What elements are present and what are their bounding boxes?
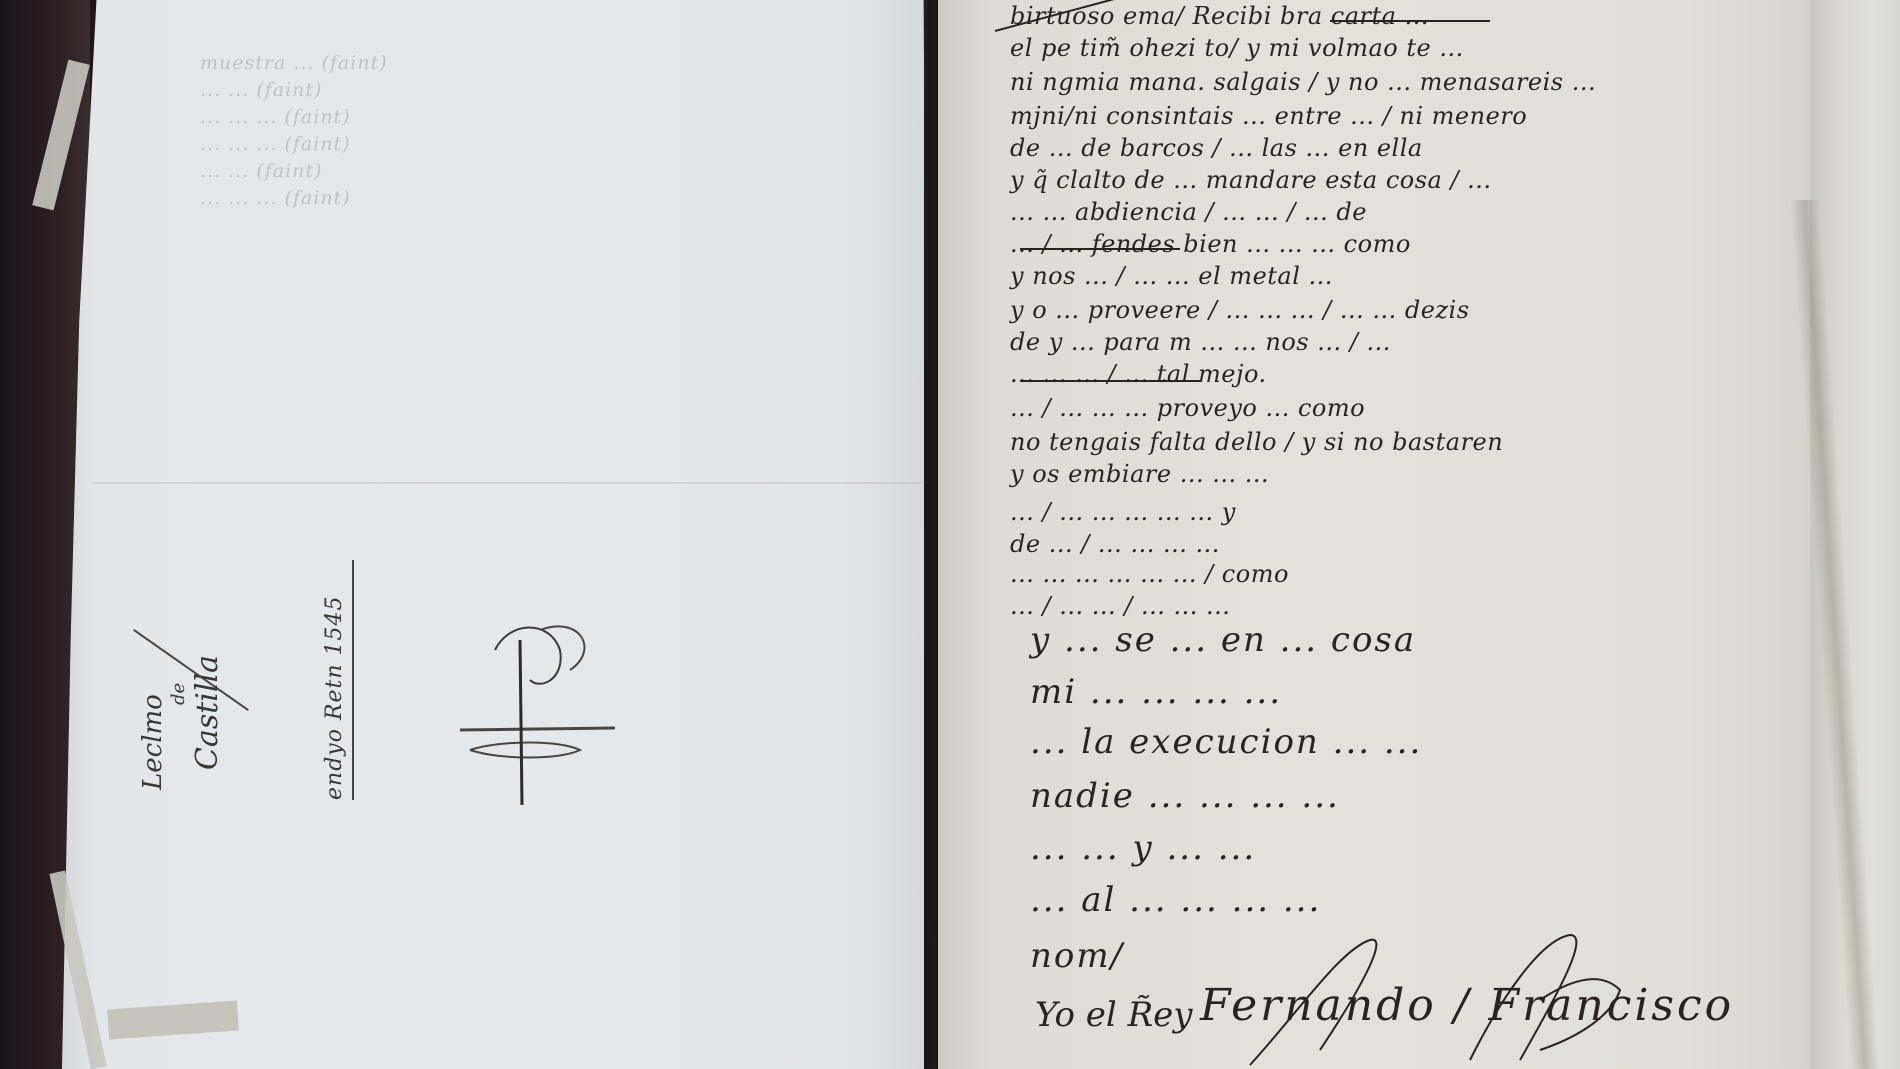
manuscript-photo: muestra ... (faint) ... ... (faint) ... … [0, 0, 1900, 1069]
ink-stroke [1020, 248, 1180, 250]
endorsement-date: endyo Retn 1545 [322, 595, 347, 800]
ms-line-large: mi ... ... ... ... [1030, 672, 1282, 712]
ms-line: ... ... ... ... ... ... / como [1010, 560, 1289, 588]
ms-line: de ... de barcos / ... las ... en ella [1010, 134, 1423, 162]
ms-line: el pe tim̃ ohezi to/ y mi volmao te ... [1010, 34, 1464, 62]
ms-line: no tengais falta dello / y si no bastare… [1010, 428, 1503, 456]
bleed-line: ... ... (faint) [200, 77, 860, 104]
ms-line: de ... / ... ... ... ... [1010, 530, 1220, 558]
ms-line: ... ... abdiencia / ... ... / ... de [1010, 198, 1367, 226]
ink-stroke [1330, 20, 1490, 22]
bleed-line: ... ... (faint) [200, 158, 860, 185]
bleed-line: ... ... ... (faint) [200, 131, 860, 158]
closing-yo-el-rey: Yo el R̃ey [1035, 995, 1193, 1035]
ms-line: de y ... para m ... ... nos ... / ... [1010, 328, 1391, 356]
bleed-line: ... ... ... (faint) [200, 185, 860, 212]
ms-line: ... / ... ... ... ... ... y [1010, 498, 1236, 526]
ms-line: birtuoso ema/ Recibi bra carta ... [1010, 2, 1429, 30]
bleed-through-text: muestra ... (faint) ... ... (faint) ... … [200, 50, 860, 212]
signature-flourish-icon [1240, 930, 1640, 1069]
ms-line: y os embiare ... ... ... [1010, 460, 1269, 488]
ms-line-large: ... la execucion ... ... [1030, 722, 1422, 762]
ink-stroke [1020, 380, 1200, 382]
ms-line: y o ... proveere / ... ... ... / ... ...… [1010, 296, 1470, 324]
ms-line: mjni/ni consintais ... entre ... / ni me… [1010, 102, 1527, 130]
ms-line-large: nadie ... ... ... ... [1030, 776, 1340, 816]
ms-line-large: ... ... y ... ... [1030, 828, 1256, 868]
ms-line: ... / ... ... ... proveyo ... como [1010, 394, 1365, 422]
ms-line-large: ... al ... ... ... ... [1030, 880, 1321, 920]
bleed-line: ... ... ... (faint) [200, 104, 860, 131]
ms-line-large: y ... se ... en ... cosa [1030, 620, 1416, 660]
ms-line-large: nom/ [1030, 936, 1124, 976]
ms-line: y q̃ clalto de ... mandare esta cosa / .… [1010, 166, 1492, 194]
ms-line: ... / ... ... / ... ... ... [1010, 592, 1230, 620]
endorsement-line-1: Leclmo [138, 694, 168, 790]
ms-line: ni ngmia mana. salgais / y no ... menasa… [1010, 68, 1596, 96]
ms-line: ... ... ... / ... tal mejo. [1010, 360, 1267, 388]
ms-line: ... / ... fendes bien ... ... ... como [1010, 230, 1411, 258]
rubric-mark-icon [440, 610, 630, 810]
bleed-line: muestra ... (faint) [200, 50, 860, 77]
page-fold-line [92, 482, 922, 484]
endorsement-rule [352, 560, 354, 800]
endorsement-line-de: de [168, 683, 189, 705]
book-page-edges [1810, 0, 1900, 1069]
ms-line: y nos ... / ... ... el metal ... [1010, 262, 1333, 290]
